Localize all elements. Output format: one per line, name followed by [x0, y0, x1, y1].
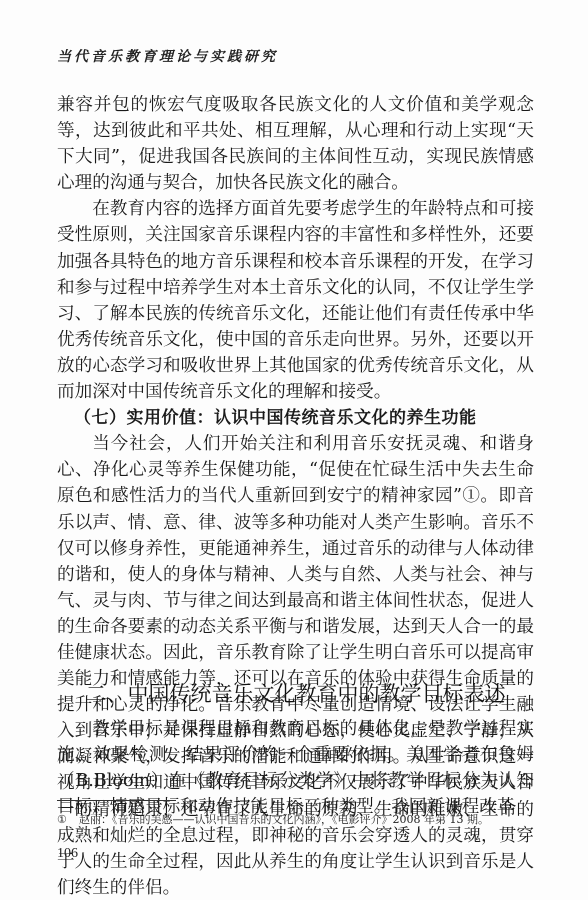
footnote-mark: ① [57, 812, 79, 828]
footnote-divider [57, 800, 176, 801]
body-text-continued: 教学目标是课程目标和教育目标的具体化，是教学过程实施、效果检测、结果评价的一个重… [57, 716, 534, 820]
running-head: 当代音乐教育理论与实践研究 [57, 46, 278, 66]
footnote: ①赵丽：《音乐的美感——认识中国音乐的文化内涵》，《电影评介》2008 年第 1… [57, 812, 534, 828]
paragraph: 在教育内容的选择方面首先要考虑学生的年龄特点和可接受性原则，关注国家音乐课程内容… [57, 196, 534, 405]
paragraph: 兼容并包的恢宏气度吸取各民族文化的人文价值和美学观念等，达到彼此和平共处、相互理… [57, 92, 534, 196]
page-number: 106 [57, 846, 78, 862]
section-heading: 二、中国传统音乐文化教育中的教学目标表述 [57, 680, 534, 708]
subheading: （七）实用价值：认识中国传统音乐文化的养生功能 [57, 405, 534, 431]
book-page: 当代音乐教育理论与实践研究 兼容并包的恢宏气度吸取各民族文化的人文价值和美学观念… [0, 0, 588, 900]
paragraph: 教学目标是课程目标和教育目标的具体化，是教学过程实施、效果检测、结果评价的一个重… [57, 716, 534, 820]
paragraph: 当今社会，人们开始关注和利用音乐安抚灵魂、和谐身心、净化心灵等养生保健功能，“促… [57, 431, 534, 900]
footnote-text: 赵丽：《音乐的美感——认识中国音乐的文化内涵》，《电影评介》2008 年第 13… [79, 813, 489, 826]
